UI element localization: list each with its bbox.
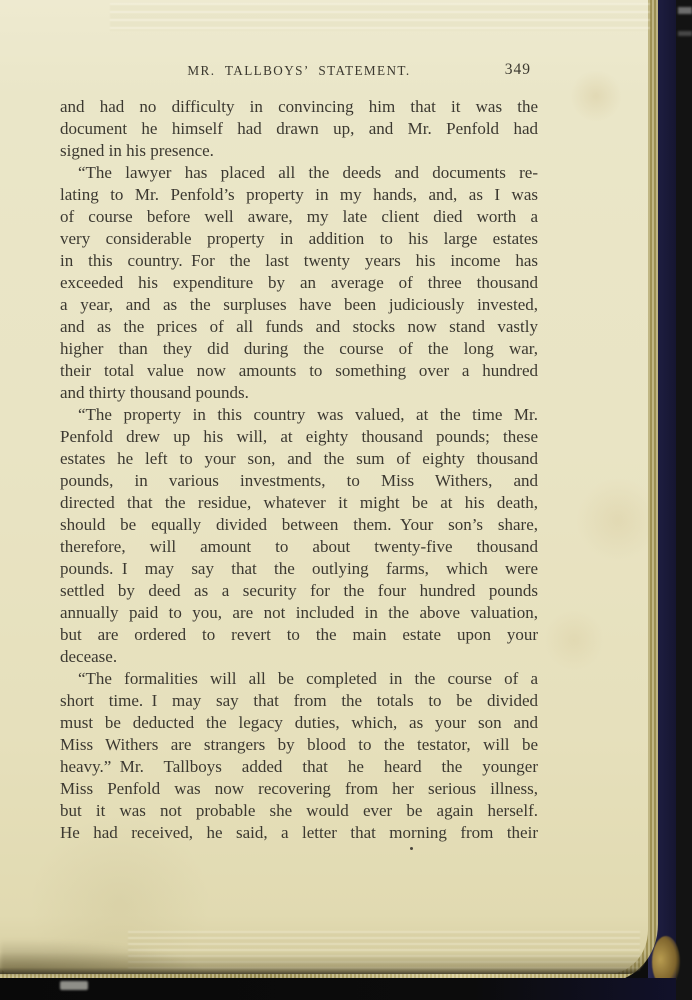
text-line: exceeded his expenditure by an average o… [60, 272, 538, 294]
text-line: “The lawyer has placed all the deeds and… [60, 162, 538, 184]
paragraph: “The formalities will all be completed i… [60, 668, 538, 844]
text-line: must be deducted the legacy duties, whic… [60, 712, 538, 734]
text-line: estates he left to your son, and the sum… [60, 448, 538, 470]
page-bottom-shadow [0, 952, 648, 974]
background-streak [678, 31, 692, 36]
text-line: pounds. I may say that the outlying farm… [60, 558, 538, 580]
text-line: in this country. For the last twenty yea… [60, 250, 538, 272]
running-header: MR. TALLBOYS’ STATEMENT. 349 [60, 62, 538, 80]
page-title: MR. TALLBOYS’ STATEMENT. [187, 63, 410, 78]
text-line: Penfold drew up his will, at eighty thou… [60, 426, 538, 448]
text-line: heavy.” Mr. Tallboys added that he heard… [60, 756, 538, 778]
background-bottom [0, 978, 676, 1000]
text-line: signed in his presence. [60, 140, 538, 162]
text-line: and thirty thousand pounds. [60, 382, 538, 404]
text-line: very considerable property in addition t… [60, 228, 538, 250]
text-line: Miss Withers are strangers by blood to t… [60, 734, 538, 756]
text-line: annually paid to you, are not included i… [60, 602, 538, 624]
book-page: MR. TALLBOYS’ STATEMENT. 349 and had no … [0, 0, 648, 974]
paragraph: and had no difficulty in convincing him … [60, 96, 538, 162]
text-line: their total value now amounts to somethi… [60, 360, 538, 382]
text-line: document he himself had drawn up, and Mr… [60, 118, 538, 140]
background-speck [60, 981, 88, 990]
text-line: pounds, in various investments, to Miss … [60, 470, 538, 492]
background-right [676, 0, 692, 1000]
text-line: Miss Penfold was now recovering from her… [60, 778, 538, 800]
text-line: a year, and as the surpluses have been j… [60, 294, 538, 316]
page-number: 349 [505, 61, 531, 79]
background-streak [678, 7, 692, 14]
text-line: of course before well aware, my late cli… [60, 206, 538, 228]
text-line: directed that the residue, whatever it m… [60, 492, 538, 514]
text-line: “The property in this country was valued… [60, 404, 538, 426]
paragraph: “The lawyer has placed all the deeds and… [60, 162, 538, 404]
text-line: and as the prices of all funds and stock… [60, 316, 538, 338]
text-line: and had no difficulty in convincing him … [60, 96, 538, 118]
book-photo: MR. TALLBOYS’ STATEMENT. 349 and had no … [0, 0, 692, 1000]
text-line: “The formalities will all be completed i… [60, 668, 538, 690]
ink-speck [410, 847, 413, 850]
page-content: MR. TALLBOYS’ STATEMENT. 349 and had no … [60, 0, 538, 844]
page-text: and had no difficulty in convincing him … [60, 96, 538, 844]
text-line: settled by deed as a security for the fo… [60, 580, 538, 602]
text-line: but it was not probable she would ever b… [60, 800, 538, 822]
text-line: higher than they did during the course o… [60, 338, 538, 360]
text-line: therefore, will amount to about twenty-f… [60, 536, 538, 558]
text-line: decease. [60, 646, 538, 668]
text-line: short time. I may say that from the tota… [60, 690, 538, 712]
text-line: lating to Mr. Penfold’s property in my h… [60, 184, 538, 206]
text-line: but are ordered to revert to the main es… [60, 624, 538, 646]
paragraph: “The property in this country was valued… [60, 404, 538, 668]
text-line: He had received, he said, a letter that … [60, 822, 538, 844]
text-line: should be equally divided between them. … [60, 514, 538, 536]
